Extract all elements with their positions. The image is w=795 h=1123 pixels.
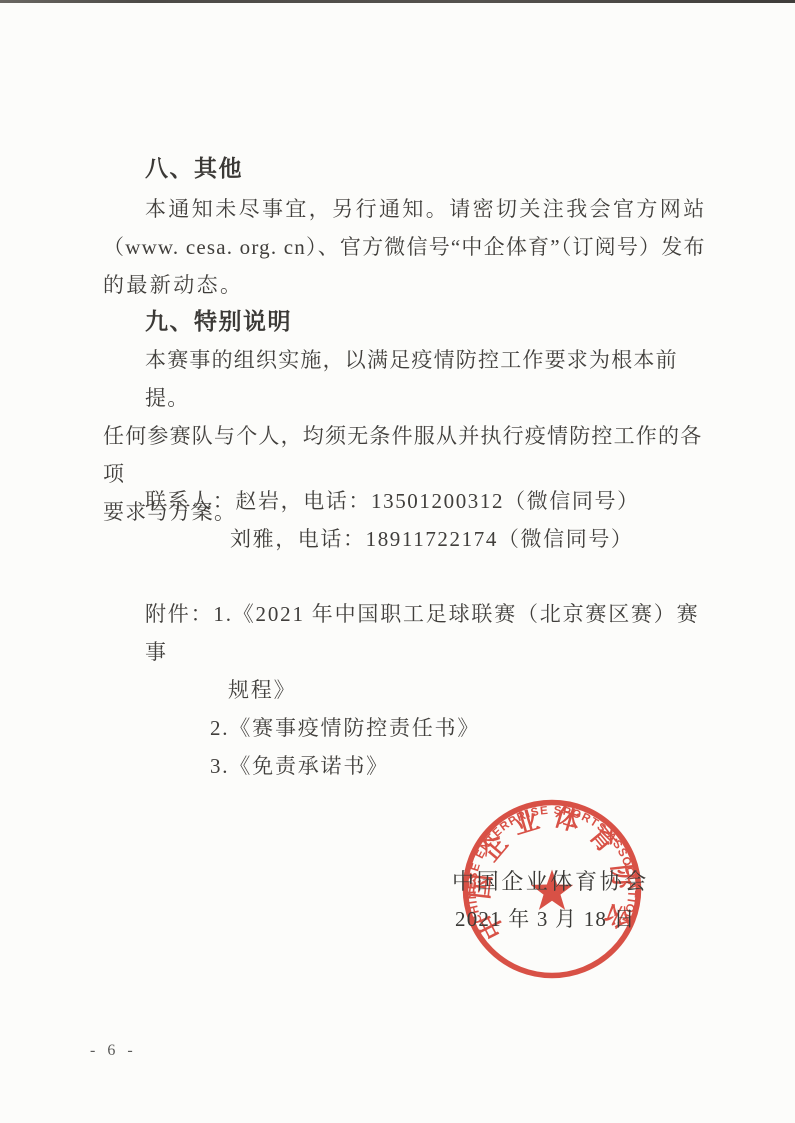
- attachment-line: 附件：1.《2021 年中国职工足球联赛（北京赛区赛）赛事: [103, 595, 721, 671]
- contact-line: 刘雅，电话：18911722174（微信同号）: [103, 520, 721, 558]
- contact-line: 联系人：赵岩，电话：13501200312（微信同号）: [103, 482, 721, 520]
- paragraph-line: 的最新动态。: [103, 266, 721, 304]
- scan-edge-line: [0, 0, 795, 3]
- attachment-line: 2.《赛事疫情防控责任书》: [103, 709, 721, 747]
- signature-date: 2021 年 3 月 18 日: [455, 904, 636, 934]
- attachment-line: 3.《免责承诺书》: [103, 747, 721, 785]
- attachment-line: 规程》: [103, 671, 721, 709]
- section-eight-paragraph: 本通知未尽事宜，另行通知。请密切关注我会官方网站 （www. cesa. org…: [103, 190, 721, 304]
- document-page: 八、其他 本通知未尽事宜，另行通知。请密切关注我会官方网站 （www. cesa…: [0, 0, 795, 1123]
- contact-info: 联系人：赵岩，电话：13501200312（微信同号） 刘雅，电话：189117…: [103, 482, 721, 558]
- page-number: - 6 -: [90, 1042, 137, 1060]
- paragraph-line: （www. cesa. org. cn）、官方微信号“中企体育”（订阅号）发布: [103, 228, 721, 266]
- paragraph-line: 本赛事的组织实施，以满足疫情防控工作要求为根本前提。: [103, 341, 721, 417]
- attachments-list: 附件：1.《2021 年中国职工足球联赛（北京赛区赛）赛事 规程》 2.《赛事疫…: [103, 595, 721, 785]
- section-eight-heading: 八、其他: [103, 150, 721, 183]
- section-nine-heading: 九、特别说明: [103, 303, 721, 336]
- signature-organization: 中国企业体育协会: [452, 867, 649, 897]
- paragraph-line: 本通知未尽事宜，另行通知。请密切关注我会官方网站: [103, 190, 721, 228]
